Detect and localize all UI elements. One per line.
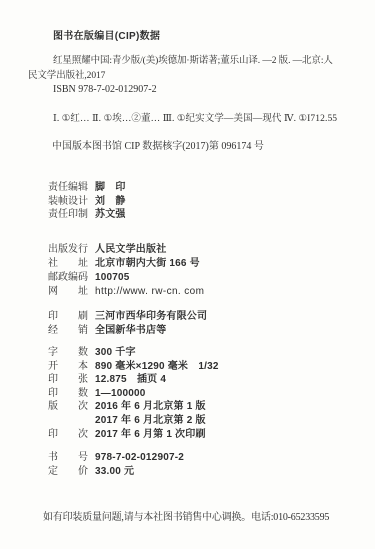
field-value: 1—100000 [95, 387, 146, 401]
field-value: 890 毫米×1290 毫米 1/32 [95, 360, 219, 374]
field-label: 印 刷 [48, 310, 89, 324]
field-value: 978-7-02-012907-2 [95, 451, 184, 465]
website-row: 网 址 http://www. rw-cn. com [48, 285, 204, 299]
field-value: 脚 印 [95, 181, 126, 195]
designer-row: 装帧设计 刘 静 [48, 195, 126, 209]
field-label: 社 址 [48, 257, 89, 271]
print-supervisor-row: 责任印制 苏文强 [48, 208, 126, 222]
field-label: 版 次 [48, 400, 89, 414]
publisher-row: 出版发行 人民文学出版社 [48, 243, 204, 257]
printer-row: 印 刷 三河市西华印务有限公司 [48, 310, 207, 324]
editor-row: 责任编辑 脚 印 [48, 181, 126, 195]
classification-line: Ⅰ. ①红… Ⅱ. ①埃…②董… Ⅲ. ①纪实文学—美国—现代 Ⅳ. ①I712… [53, 110, 337, 124]
field-value: 33.00 元 [95, 465, 134, 479]
sheets-row: 印 张 12.875 插页 4 [48, 373, 219, 387]
field-value: 全国新华书店等 [95, 324, 166, 338]
copyright-page: 图书在版编目(CIP)数据 红星照耀中国:青少版/(美)埃德加·斯诺著;董乐山译… [0, 0, 375, 549]
cip-record-number: 中国版本图书馆 CIP 数据核字(2017)第 096174 号 [52, 137, 264, 152]
field-value: 北京市朝内大街 166 号 [95, 257, 200, 271]
field-label: 出版发行 [48, 243, 89, 257]
book-description-line2: 民文学出版社,2017 [28, 69, 364, 84]
field-label: 网 址 [48, 285, 89, 299]
price-row: 定 价 33.00 元 [48, 465, 184, 479]
field-value: 人民文学出版社 [95, 243, 166, 257]
printing-section: 印 刷 三河市西华印务有限公司 经 销 全国新华书店等 [48, 310, 207, 337]
word-count-row: 字 数 300 千字 [48, 346, 219, 360]
staff-section: 责任编辑 脚 印 装帧设计 刘 静 责任印制 苏文强 [48, 181, 126, 222]
field-label: 装帧设计 [48, 195, 89, 209]
field-label: 责任编辑 [48, 181, 89, 195]
field-value: 三河市西华印务有限公司 [95, 310, 207, 324]
field-label: 责任印制 [48, 208, 89, 222]
edition-row-continued: 2017 年 6 月北京第 2 版 [48, 414, 219, 428]
field-value: 2016 年 6 月北京第 1 版 [95, 400, 206, 414]
impression-row: 印 次 2017 年 6 月第 1 次印刷 [48, 428, 219, 442]
field-label: 书 号 [48, 451, 89, 465]
field-label: 字 数 [48, 346, 89, 360]
field-value: 2017 年 6 月第 1 次印刷 [95, 428, 206, 442]
distributor-row: 经 销 全国新华书店等 [48, 324, 207, 338]
quality-notice: 如有印装质量问题,请与本社图书销售中心调换。电话:010-65233595 [43, 508, 329, 523]
field-value: 12.875 插页 4 [95, 373, 166, 387]
book-description: 红星照耀中国:青少版/(美)埃德加·斯诺著;董乐山译. —2 版. —北京:人 … [28, 54, 364, 83]
postcode-row: 邮政编码 100705 [48, 271, 204, 285]
field-value: 2017 年 6 月北京第 2 版 [95, 414, 206, 428]
field-value: 苏文强 [95, 208, 126, 222]
book-number-row: 书 号 978-7-02-012907-2 [48, 451, 184, 465]
field-label: 印 张 [48, 373, 89, 387]
website-url: http://www. rw-cn. com [95, 285, 204, 299]
field-label: 印 次 [48, 428, 89, 442]
isbn-line: ISBN 978-7-02-012907-2 [53, 84, 157, 95]
print-run-row: 印 数 1—100000 [48, 387, 219, 401]
cip-heading: 图书在版编目(CIP)数据 [53, 27, 160, 42]
publisher-section: 出版发行 人民文学出版社 社 址 北京市朝内大街 166 号 邮政编码 1007… [48, 243, 204, 299]
pricing-section: 书 号 978-7-02-012907-2 定 价 33.00 元 [48, 451, 184, 479]
field-value: 100705 [95, 271, 130, 285]
address-row: 社 址 北京市朝内大街 166 号 [48, 257, 204, 271]
field-label: 邮政编码 [48, 271, 89, 285]
specs-section: 字 数 300 千字 开 本 890 毫米×1290 毫米 1/32 印 张 1… [48, 346, 219, 441]
field-label: 开 本 [48, 360, 89, 374]
edition-row: 版 次 2016 年 6 月北京第 1 版 [48, 400, 219, 414]
format-row: 开 本 890 毫米×1290 毫米 1/32 [48, 360, 219, 374]
field-label: 经 销 [48, 324, 89, 338]
field-label: 定 价 [48, 465, 89, 479]
field-value: 刘 静 [95, 195, 126, 209]
field-value: 300 千字 [95, 346, 136, 360]
field-label: 印 数 [48, 387, 89, 401]
book-description-line1: 红星照耀中国:青少版/(美)埃德加·斯诺著;董乐山译. —2 版. —北京:人 [28, 54, 364, 69]
